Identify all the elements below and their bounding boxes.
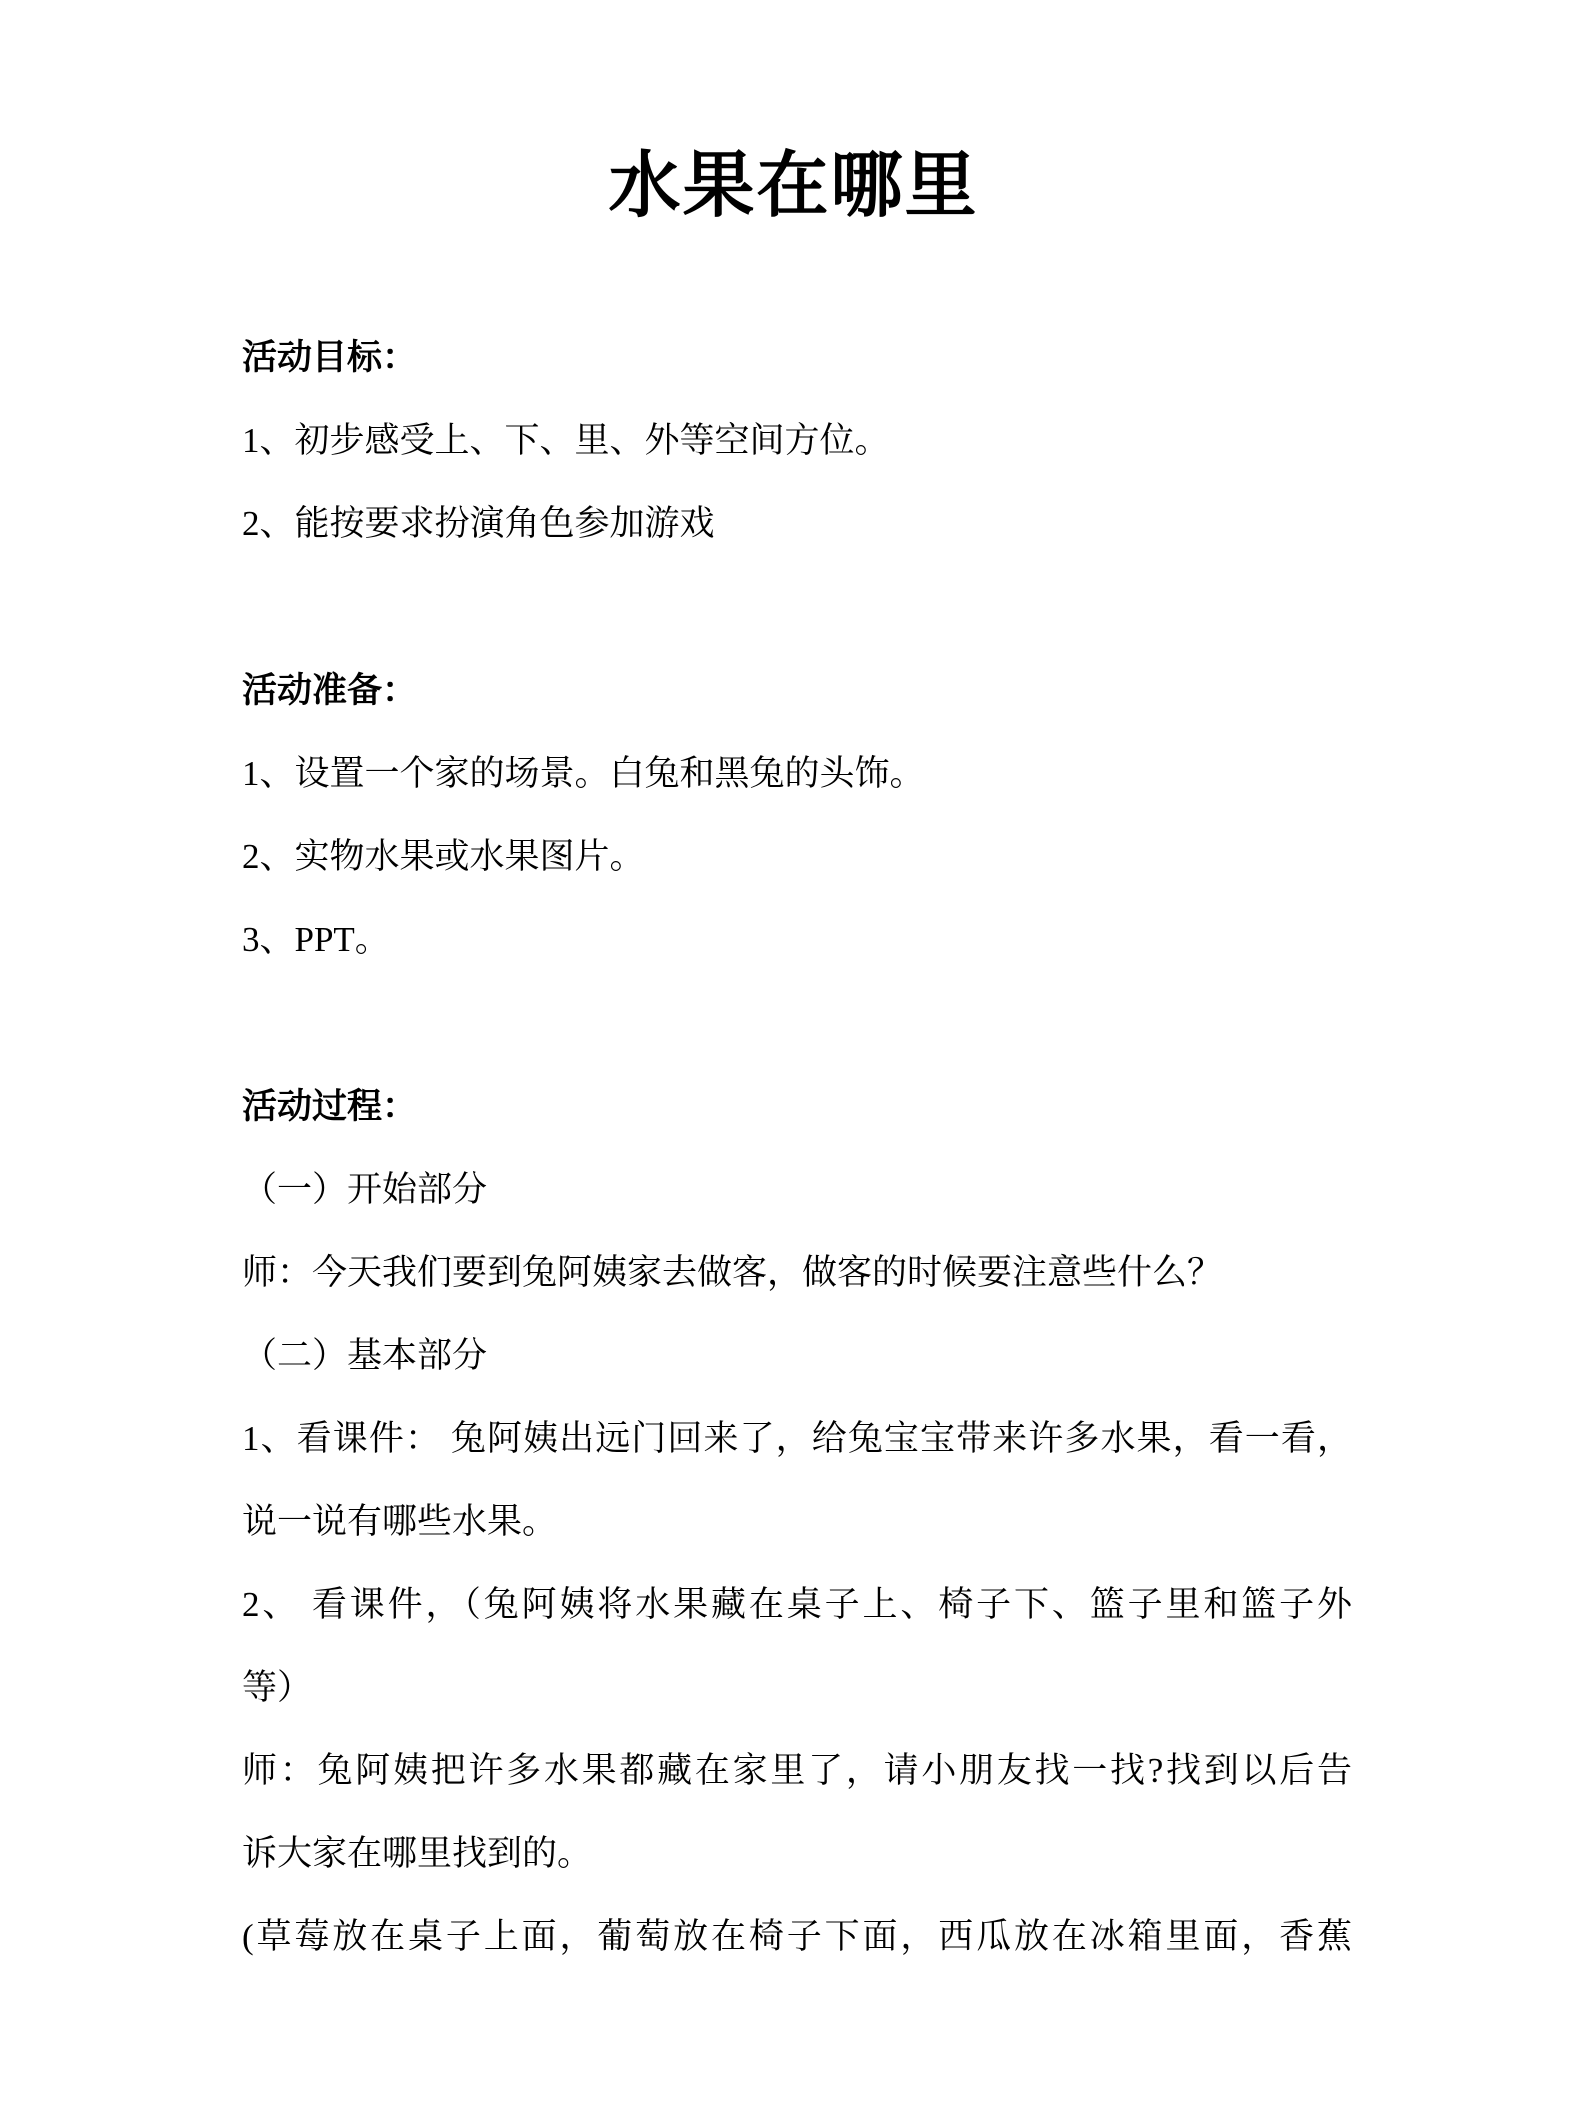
text-line: （二）基本部分 — [242, 1314, 1352, 1397]
section-activity-goals: 活动目标： 1、初步感受上、下、里、外等空间方位。 2、能按要求扮演角色参加游戏 — [242, 316, 1352, 565]
section-heading-goals: 活动目标： — [242, 316, 1352, 399]
text-line: 1、看课件： 兔阿姨出远门回来了，给兔宝宝带来许多水果，看一看， — [242, 1397, 1352, 1480]
text-line: 诉大家在哪里找到的。 — [242, 1812, 1352, 1895]
text-line: 师：兔阿姨把许多水果都藏在家里了，请小朋友找一找?找到以后告 — [242, 1729, 1352, 1812]
text-line: 师：今天我们要到兔阿姨家去做客，做客的时候要注意些什么？ — [242, 1231, 1352, 1314]
text-line: 2、能按要求扮演角色参加游戏 — [242, 482, 1352, 565]
section-activity-process: 活动过程： （一）开始部分 师：今天我们要到兔阿姨家去做客，做客的时候要注意些什… — [242, 1065, 1352, 1978]
document-body: 活动目标： 1、初步感受上、下、里、外等空间方位。 2、能按要求扮演角色参加游戏… — [0, 316, 1587, 1978]
text-line: 1、设置一个家的场景。白兔和黑兔的头饰。 — [242, 732, 1352, 815]
text-line: 2、 看课件，（兔阿姨将水果藏在桌子上、椅子下、篮子里和篮子外 — [242, 1563, 1352, 1646]
text-line: 3、PPT。 — [242, 898, 1352, 981]
text-line: 1、初步感受上、下、里、外等空间方位。 — [242, 399, 1352, 482]
text-line: （一）开始部分 — [242, 1148, 1352, 1231]
text-line: (草莓放在桌子上面，葡萄放在椅子下面，西瓜放在冰箱里面，香蕉 — [242, 1895, 1352, 1978]
document-page: 水果在哪里 活动目标： 1、初步感受上、下、里、外等空间方位。 2、能按要求扮演… — [0, 0, 1587, 2114]
section-activity-preparation: 活动准备： 1、设置一个家的场景。白兔和黑兔的头饰。 2、实物水果或水果图片。 … — [242, 649, 1352, 981]
text-line: 说一说有哪些水果。 — [242, 1480, 1352, 1563]
section-heading-process: 活动过程： — [242, 1065, 1352, 1148]
text-line: 等） — [242, 1646, 1352, 1729]
section-heading-preparation: 活动准备： — [242, 649, 1352, 732]
text-line: 2、实物水果或水果图片。 — [242, 815, 1352, 898]
document-title: 水果在哪里 — [0, 0, 1587, 222]
